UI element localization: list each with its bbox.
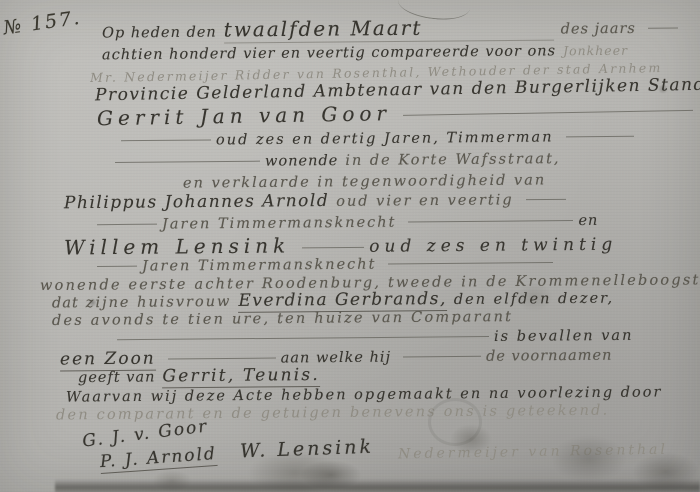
- text-segment: is bevallen van: [494, 328, 634, 345]
- text-segment: twaalfden Maart: [224, 15, 554, 44]
- text-segment: de voornaamen: [486, 348, 612, 365]
- ink-rule: [648, 28, 678, 29]
- ink-rule: [526, 199, 566, 200]
- text-segment: des jaars: [561, 21, 636, 38]
- line-declarant-address: wonendein de Korte Wafsstraat,: [110, 148, 568, 171]
- ink-rule: [408, 220, 573, 222]
- ink-rule: [565, 136, 633, 138]
- line-witness-intro: en verklaarde in tegenwoordigheid van: [183, 169, 553, 191]
- text-segment: Jaren Timmermansknecht: [162, 215, 397, 233]
- text-segment: in de Korte Wafsstraat,: [345, 151, 560, 169]
- ink-rule: [388, 262, 553, 264]
- text-segment: den comparant en de getuigen benevens on…: [56, 403, 609, 424]
- text-segment: geeft van: [78, 369, 156, 386]
- ink-rule: [115, 161, 260, 163]
- text-segment: Op heden den: [102, 25, 217, 42]
- text-segment: Philippus Johannes Arnold: [64, 191, 329, 213]
- ink-rule: [403, 110, 693, 116]
- text-segment: Jonkheer: [563, 43, 628, 59]
- text-segment: oud vier en veertig: [336, 192, 514, 210]
- signature-w-lensink: W. Lensink: [240, 436, 375, 463]
- ink-rule: [121, 139, 211, 141]
- signature-p-j-arnold: P. J. Arnold: [99, 444, 217, 474]
- text-segment: aan welke hij: [281, 350, 391, 367]
- ink-rule: [97, 266, 137, 267]
- ink-rule: [117, 336, 489, 340]
- stain-blot: [152, 470, 192, 492]
- line-closing-2: den comparant en de getuigen benevens on…: [56, 400, 617, 424]
- stain-blot: [300, 460, 362, 490]
- line-witness1: Philippus Johannes Arnoldoud vier en vee…: [64, 189, 571, 213]
- ink-rule: [97, 224, 157, 226]
- ink-rule: [168, 358, 276, 360]
- ink-rule: [403, 356, 481, 358]
- text-segment: oud zes en dertig Jaren, Timmerman: [216, 129, 554, 148]
- act-number: № 157.: [2, 7, 83, 40]
- bottom-stain-band: [55, 479, 700, 492]
- line-declarant-age: oud zes en dertig Jaren, Timmerman: [116, 126, 639, 150]
- text-segment: wonende: [265, 153, 338, 170]
- document-page: № 157. Op heden dentwaalfden Maartdes ja…: [0, 0, 700, 492]
- ink-rule: [302, 247, 364, 249]
- line-witness1-occupation: Jaren Timmermansknechten: [92, 210, 605, 233]
- signature-nedermeijer-van-rosenthal: Nedermeijer van Rosenthal: [398, 442, 668, 463]
- text-segment: en: [578, 213, 598, 229]
- text-segment: Gerrit Jan van Goor: [97, 101, 391, 130]
